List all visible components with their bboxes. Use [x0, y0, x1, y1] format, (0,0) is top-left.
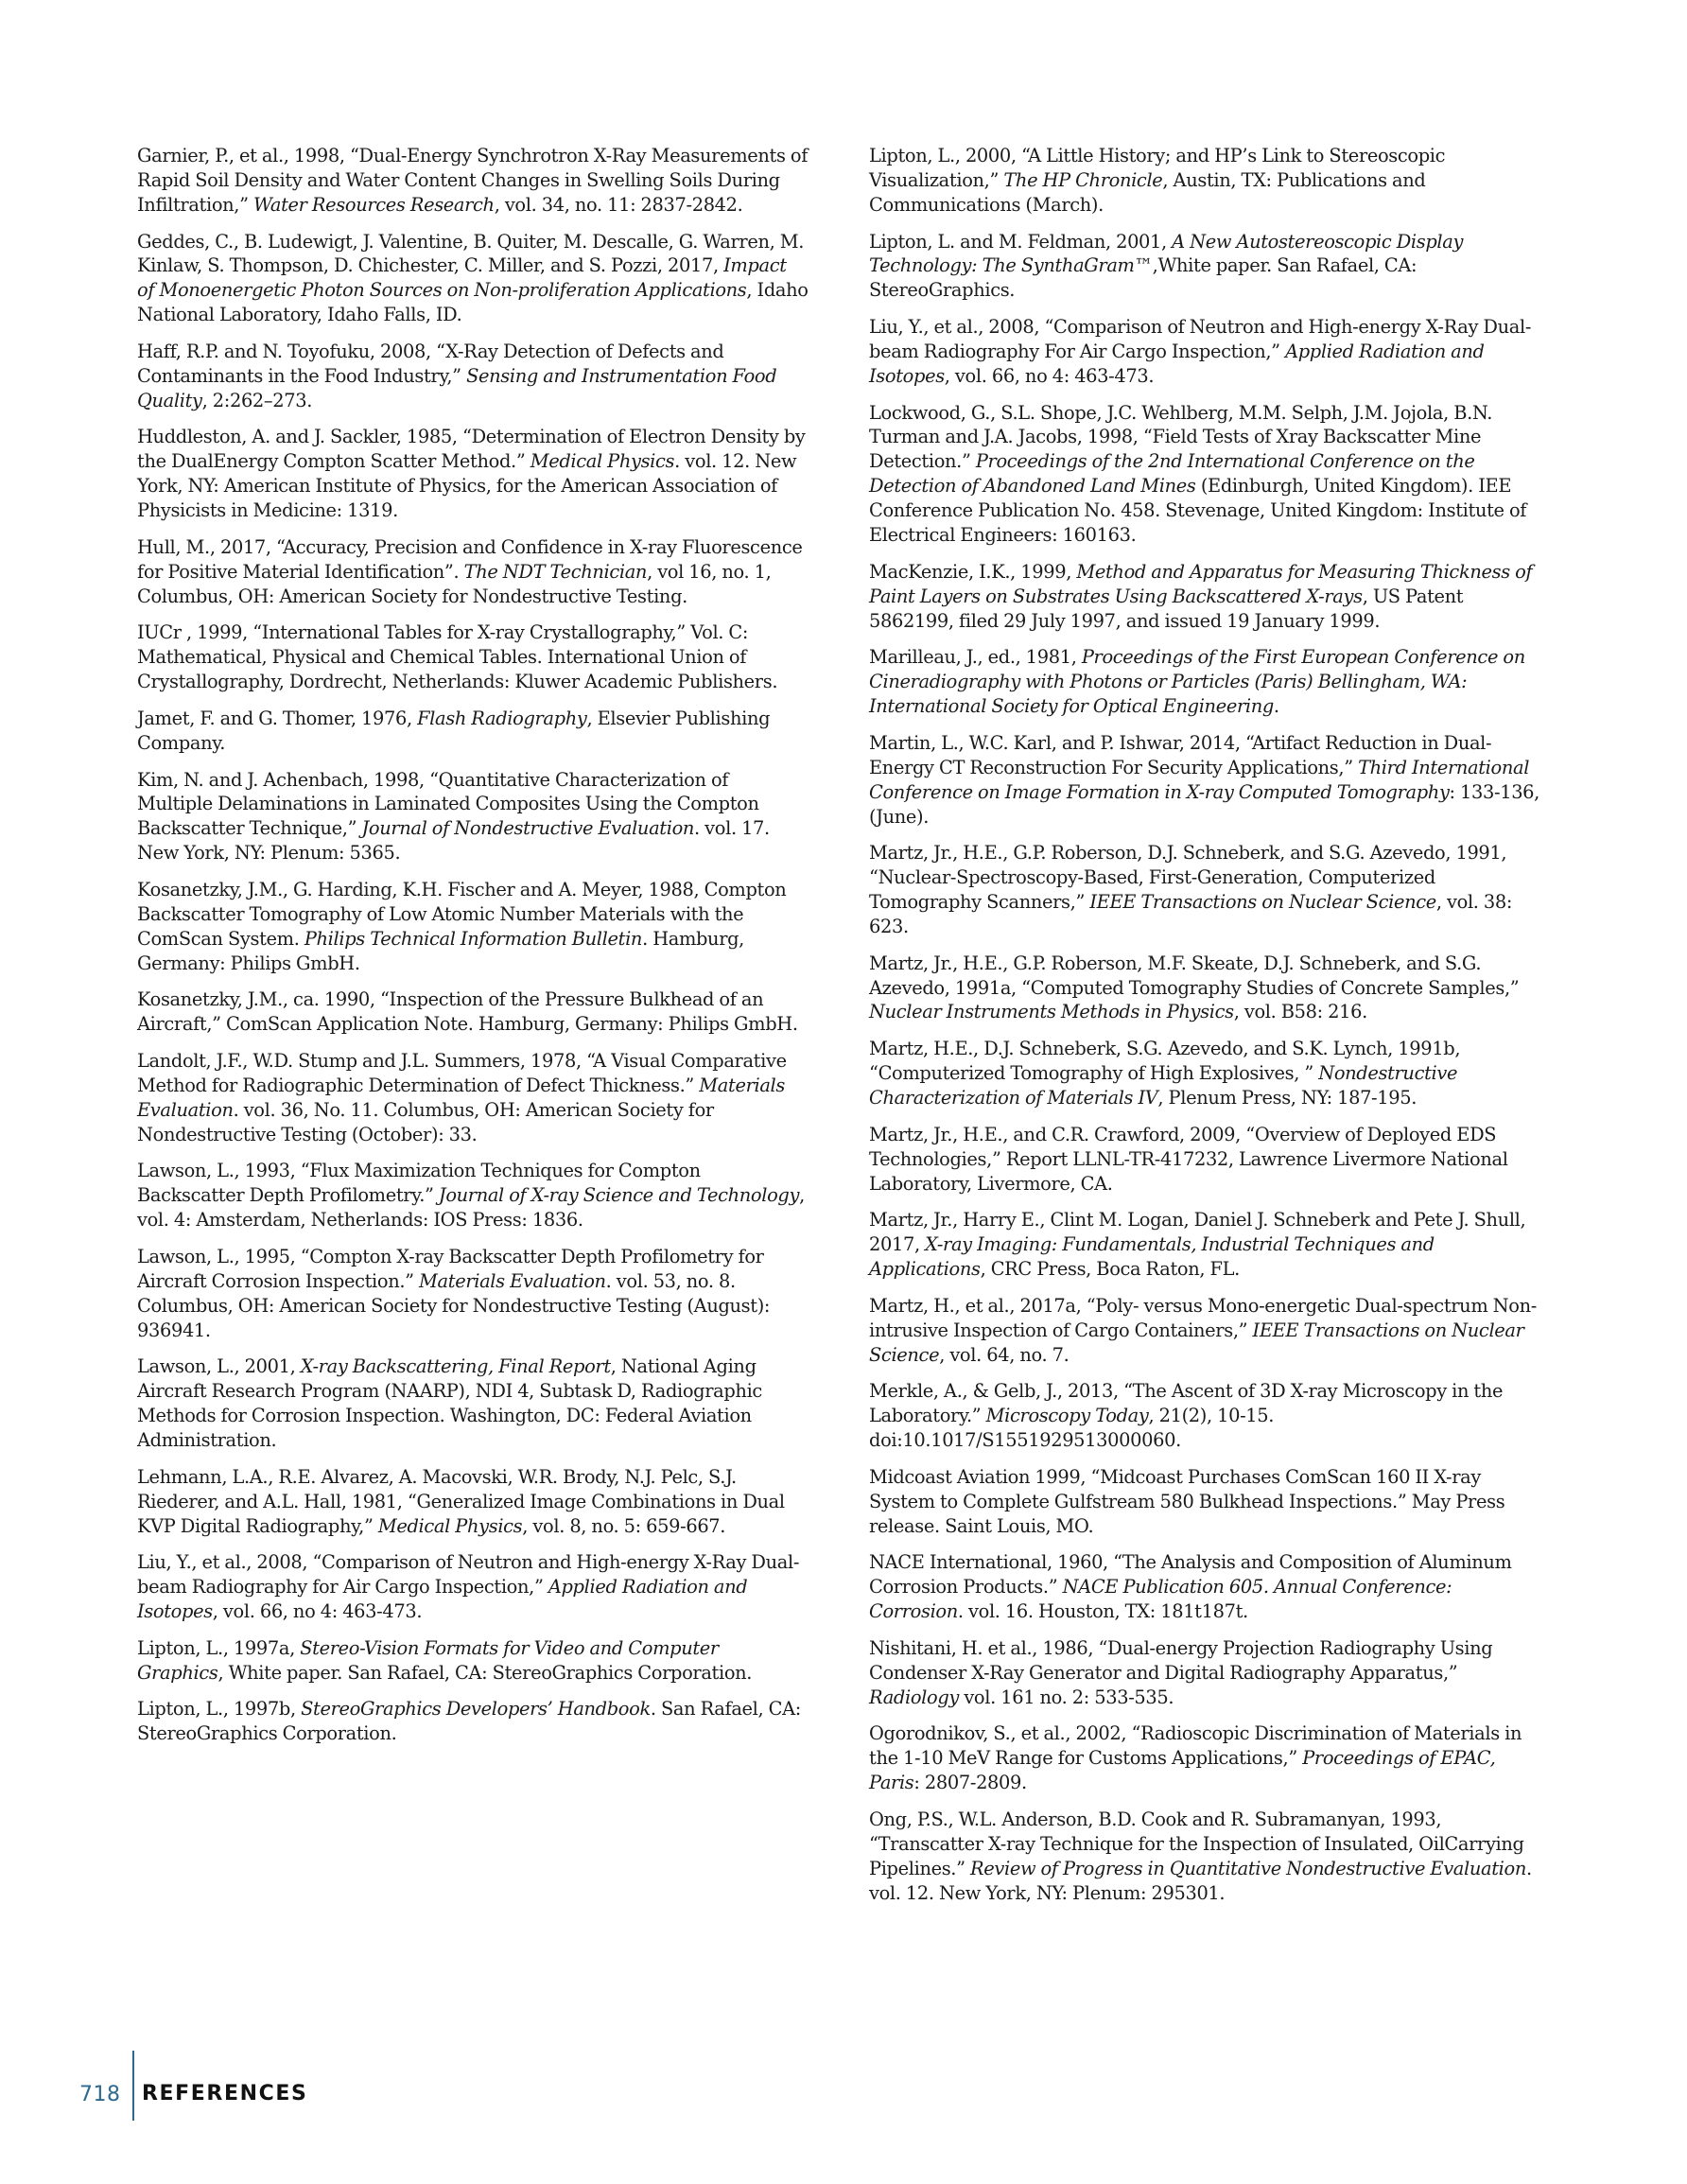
reference-source-title: IEEE Transactions on Nuclear Science [1089, 891, 1436, 913]
reference-entry: Martin, L., W.C. Karl, and P. Ishwar, 20… [869, 731, 1540, 830]
reference-source-title: Microscopy Today [986, 1405, 1149, 1426]
reference-text: Lipton, L., 1997a, [137, 1637, 300, 1659]
reference-text: Nishitani, H. et al., 1986, “Dual-energy… [869, 1637, 1492, 1684]
page-number: 718 [79, 2083, 121, 2106]
reference-entry: Kosanetzky, J.M., G. Harding, K.H. Fisch… [137, 878, 809, 976]
reference-text: Lipton, L., 1997b, [137, 1698, 301, 1720]
reference-text: Lawson, L., 2001, [137, 1355, 301, 1377]
footer-divider [132, 2051, 134, 2121]
reference-text: Midcoast Aviation 1999, “Midcoast Purcha… [869, 1466, 1504, 1537]
reference-text: Martz, Jr., H.E., and C.R. Crawford, 200… [869, 1124, 1508, 1195]
reference-text: , vol. 66, no 4: 463-473. [945, 365, 1154, 387]
reference-source-title: Journal of Nondestructive Evaluation [361, 817, 694, 839]
reference-text: , Plenum Press, NY: 187-195. [1157, 1087, 1417, 1109]
reference-entry: Nishitani, H. et al., 1986, “Dual-energy… [869, 1636, 1540, 1710]
reference-text: Kosanetzky, J.M., ca. 1990, “Inspection … [137, 988, 798, 1035]
reference-text: . [1274, 695, 1279, 717]
reference-text: Marilleau, J., ed., 1981, [869, 646, 1082, 668]
reference-entry: Liu, Y., et al., 2008, “Comparison of Ne… [137, 1550, 809, 1624]
reference-source-title: Journal of X-ray Science and Technology [439, 1184, 799, 1206]
reference-entry: Jamet, F. and G. Thomer, 1976, Flash Rad… [137, 707, 809, 756]
reference-source-title: Flash Radiography [417, 708, 586, 729]
reference-entry: Kosanetzky, J.M., ca. 1990, “Inspection … [137, 987, 809, 1037]
reference-entry: Liu, Y., et al., 2008, “Comparison of Ne… [869, 315, 1540, 389]
reference-entry: Lockwood, G., S.L. Shope, J.C. Wehlberg,… [869, 401, 1540, 548]
reference-text: , vol. 8, no. 5: 659-667. [522, 1515, 725, 1537]
reference-entry: Lipton, L., 2000, “A Little History; and… [869, 144, 1540, 218]
references-right-column: Lipton, L., 2000, “A Little History; and… [869, 144, 1540, 1917]
reference-entry: Geddes, C., B. Ludewigt, J. Valentine, B… [137, 230, 809, 328]
reference-text: , vol. B58: 216. [1234, 1001, 1367, 1022]
reference-text: Landolt, J.F., W.D. Stump and J.L. Summe… [137, 1050, 787, 1096]
reference-text: IUCr , 1999, “International Tables for X… [137, 621, 777, 692]
reference-entry: Lehmann, L.A., R.E. Alvarez, A. Macovski… [137, 1465, 809, 1539]
reference-text: , vol. 64, no. 7. [939, 1344, 1069, 1366]
reference-entry: Martz, H., et al., 2017a, “Poly- versus … [869, 1294, 1540, 1368]
reference-entry: Martz, Jr., H.E., G.P. Roberson, D.J. Sc… [869, 841, 1540, 939]
reference-entry: Landolt, J.F., W.D. Stump and J.L. Summe… [137, 1049, 809, 1147]
reference-source-title: StereoGraphics Developers’ Handbook [301, 1698, 651, 1720]
reference-entry: Haff, R.P. and N. Toyofuku, 2008, “X-Ray… [137, 340, 809, 413]
reference-text: . vol. 16. Houston, TX: 181t187t. [958, 1600, 1248, 1622]
reference-entry: Hull, M., 2017, “Accuracy, Precision and… [137, 535, 809, 609]
reference-entry: Martz, Jr., Harry E., Clint M. Logan, Da… [869, 1208, 1540, 1282]
reference-source-title: Philips Technical Information Bulletin [304, 928, 642, 950]
reference-entry: Ogorodnikov, S., et al., 2002, “Radiosco… [869, 1721, 1540, 1795]
page-footer: 718 REFERENCES [79, 2051, 458, 2121]
reference-entry: IUCr , 1999, “International Tables for X… [137, 620, 809, 694]
reference-text: , 2:262–273. [202, 390, 312, 411]
reference-text: , CRC Press, Boca Raton, FL. [981, 1258, 1240, 1280]
reference-entry: Lawson, L., 1995, “Compton X-ray Backsca… [137, 1245, 809, 1343]
reference-entry: Marilleau, J., ed., 1981, Proceedings of… [869, 645, 1540, 719]
reference-text: : 2807-2809. [913, 1772, 1026, 1793]
reference-text: Martz, Jr., H.E., G.P. Roberson, M.F. Sk… [869, 952, 1519, 999]
reference-entry: Lawson, L., 1993, “Flux Maximization Tec… [137, 1159, 809, 1232]
reference-text: , White paper. San Rafael, CA: StereoGra… [217, 1662, 752, 1684]
reference-source-title: Water Resources Research [253, 194, 495, 216]
reference-entry: Garnier, P., et al., 1998, “Dual-Energy … [137, 144, 809, 218]
reference-entry: Martz, H.E., D.J. Schneberk, S.G. Azeved… [869, 1037, 1540, 1110]
reference-entry: Lipton, L., 1997b, StereoGraphics Develo… [137, 1697, 809, 1746]
reference-entry: Lawson, L., 2001, X-ray Backscattering, … [137, 1354, 809, 1453]
reference-entry: Merkle, A., & Gelb, J., 2013, “The Ascen… [869, 1379, 1540, 1453]
reference-entry: Ong, P.S., W.L. Anderson, B.D. Cook and … [869, 1808, 1540, 1906]
reference-source-title: Radiology [869, 1686, 959, 1708]
reference-entry: Martz, Jr., H.E., G.P. Roberson, M.F. Sk… [869, 952, 1540, 1025]
reference-text: Lipton, L. and M. Feldman, 2001, [869, 231, 1172, 253]
reference-source-title: Medical Physics [378, 1515, 522, 1537]
reference-source-title: Medical Physics [530, 450, 674, 472]
reference-source-title: The NDT Technician [464, 561, 647, 583]
section-title: REFERENCES [142, 2082, 307, 2105]
document-page: Garnier, P., et al., 1998, “Dual-Energy … [0, 0, 1687, 2184]
reference-source-title: Review of Progress in Quantitative Nonde… [970, 1858, 1526, 1879]
reference-text: Jamet, F. and G. Thomer, 1976, [137, 708, 417, 729]
reference-source-title: The HP Chronicle [1003, 169, 1162, 191]
reference-text: , vol. 34, no. 11: 2837-2842. [495, 194, 743, 216]
reference-entry: Huddleston, A. and J. Sackler, 1985, “De… [137, 425, 809, 523]
reference-entry: NACE International, 1960, “The Analysis … [869, 1550, 1540, 1624]
reference-text: , vol. 66, no 4: 463-473. [213, 1600, 422, 1622]
reference-entry: Kim, N. and J. Achenbach, 1998, “Quantit… [137, 768, 809, 866]
reference-entry: Lipton, L. and M. Feldman, 2001, A New A… [869, 230, 1540, 304]
references-left-column: Garnier, P., et al., 1998, “Dual-Energy … [137, 144, 809, 1758]
reference-source-title: Materials Evaluation [419, 1270, 606, 1292]
reference-entry: MacKenzie, I.K., 1999, Method and Appara… [869, 560, 1540, 634]
reference-source-title: Nuclear Instruments Methods in Physics [869, 1001, 1234, 1022]
reference-text: MacKenzie, I.K., 1999, [869, 561, 1076, 583]
reference-text: vol. 161 no. 2: 533-535. [959, 1686, 1174, 1708]
reference-source-title: X-ray Backscattering, Final Report [301, 1355, 611, 1377]
reference-entry: Midcoast Aviation 1999, “Midcoast Purcha… [869, 1465, 1540, 1539]
reference-entry: Martz, Jr., H.E., and C.R. Crawford, 200… [869, 1123, 1540, 1197]
reference-entry: Lipton, L., 1997a, Stereo-Vision Formats… [137, 1636, 809, 1686]
reference-text: Geddes, C., B. Ludewigt, J. Valentine, B… [137, 231, 804, 277]
